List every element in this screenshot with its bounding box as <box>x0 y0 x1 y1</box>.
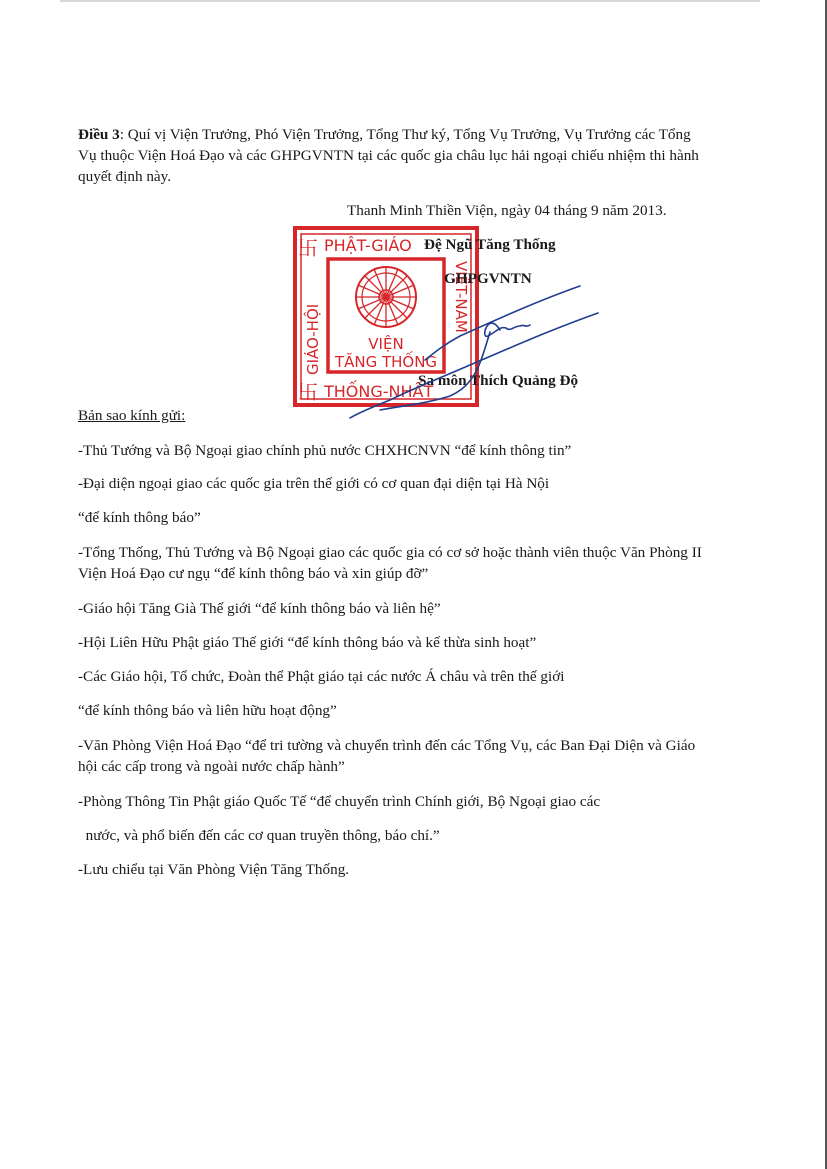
copies-line: nước, và phổ biến đến các cơ quan truyền… <box>78 826 440 846</box>
signer-name: Sa môn Thích Quảng Độ <box>418 372 578 390</box>
article-line-1: Điều 3: Quí vị Viện Trưởng, Phó Viện Trư… <box>78 125 691 145</box>
svg-text:卐: 卐 <box>298 380 318 404</box>
copies-heading: Bản sao kính gửi: <box>78 406 185 426</box>
copies-line: -Thủ Tướng và Bộ Ngoại giao chính phủ nư… <box>78 441 571 461</box>
article-line-3: quyết định này. <box>78 167 171 187</box>
copies-line: Viện Hoá Đạo cư ngụ “để kính thông báo v… <box>78 564 428 584</box>
copies-line: -Phòng Thông Tin Phật giáo Quốc Tế “để c… <box>78 792 600 812</box>
signer-title-1: Đệ Ngũ Tăng Thống <box>424 236 556 254</box>
copies-line: -Tổng Thống, Thủ Tướng và Bộ Ngoại giao … <box>78 543 702 563</box>
copies-line: -Hội Liên Hữu Phật giáo Thế giới “để kín… <box>78 633 536 653</box>
seal-bottom-text: THỐNG-NHẤT <box>323 380 433 401</box>
copies-line: -Đại diện ngoại giao các quốc gia trên t… <box>78 474 549 494</box>
copies-line: “để kính thông báo và liên hữu hoạt động… <box>78 701 337 721</box>
seal-center-line-1: VIỆN <box>368 334 403 353</box>
svg-text:卐: 卐 <box>298 236 318 260</box>
copies-line: -Văn Phòng Viện Hoá Đạo “để tri tường và… <box>78 736 695 756</box>
place-date: Thanh Minh Thiền Viện, ngày 04 tháng 9 n… <box>347 202 667 220</box>
copies-line: hội các cấp trong và ngoài nước chấp hàn… <box>78 757 345 777</box>
copies-line: -Lưu chiểu tại Văn Phòng Viện Tăng Thống… <box>78 860 349 880</box>
copies-line: -Giáo hội Tăng Già Thế giới “để kính thô… <box>78 599 441 619</box>
scan-edge-top <box>60 0 760 2</box>
signer-title-2: GHPGVNTN <box>444 270 532 288</box>
seal-left-text: GIÁO-HỘI <box>303 304 322 375</box>
copies-line: -Các Giáo hội, Tổ chức, Đoàn thể Phật gi… <box>78 667 564 687</box>
article-label: Điều 3 <box>78 126 120 143</box>
seal-center-line-2: TĂNG THỐNG <box>334 350 437 371</box>
article-text-1: : Quí vị Viện Trưởng, Phó Viện Trưởng, T… <box>120 126 691 143</box>
copies-line: “để kính thông báo” <box>78 508 201 528</box>
seal-top-text: PHẬT-GIÁO <box>324 236 412 255</box>
article-line-2: Vụ thuộc Viện Hoá Đạo và các GHPGVNTN tạ… <box>78 146 699 166</box>
